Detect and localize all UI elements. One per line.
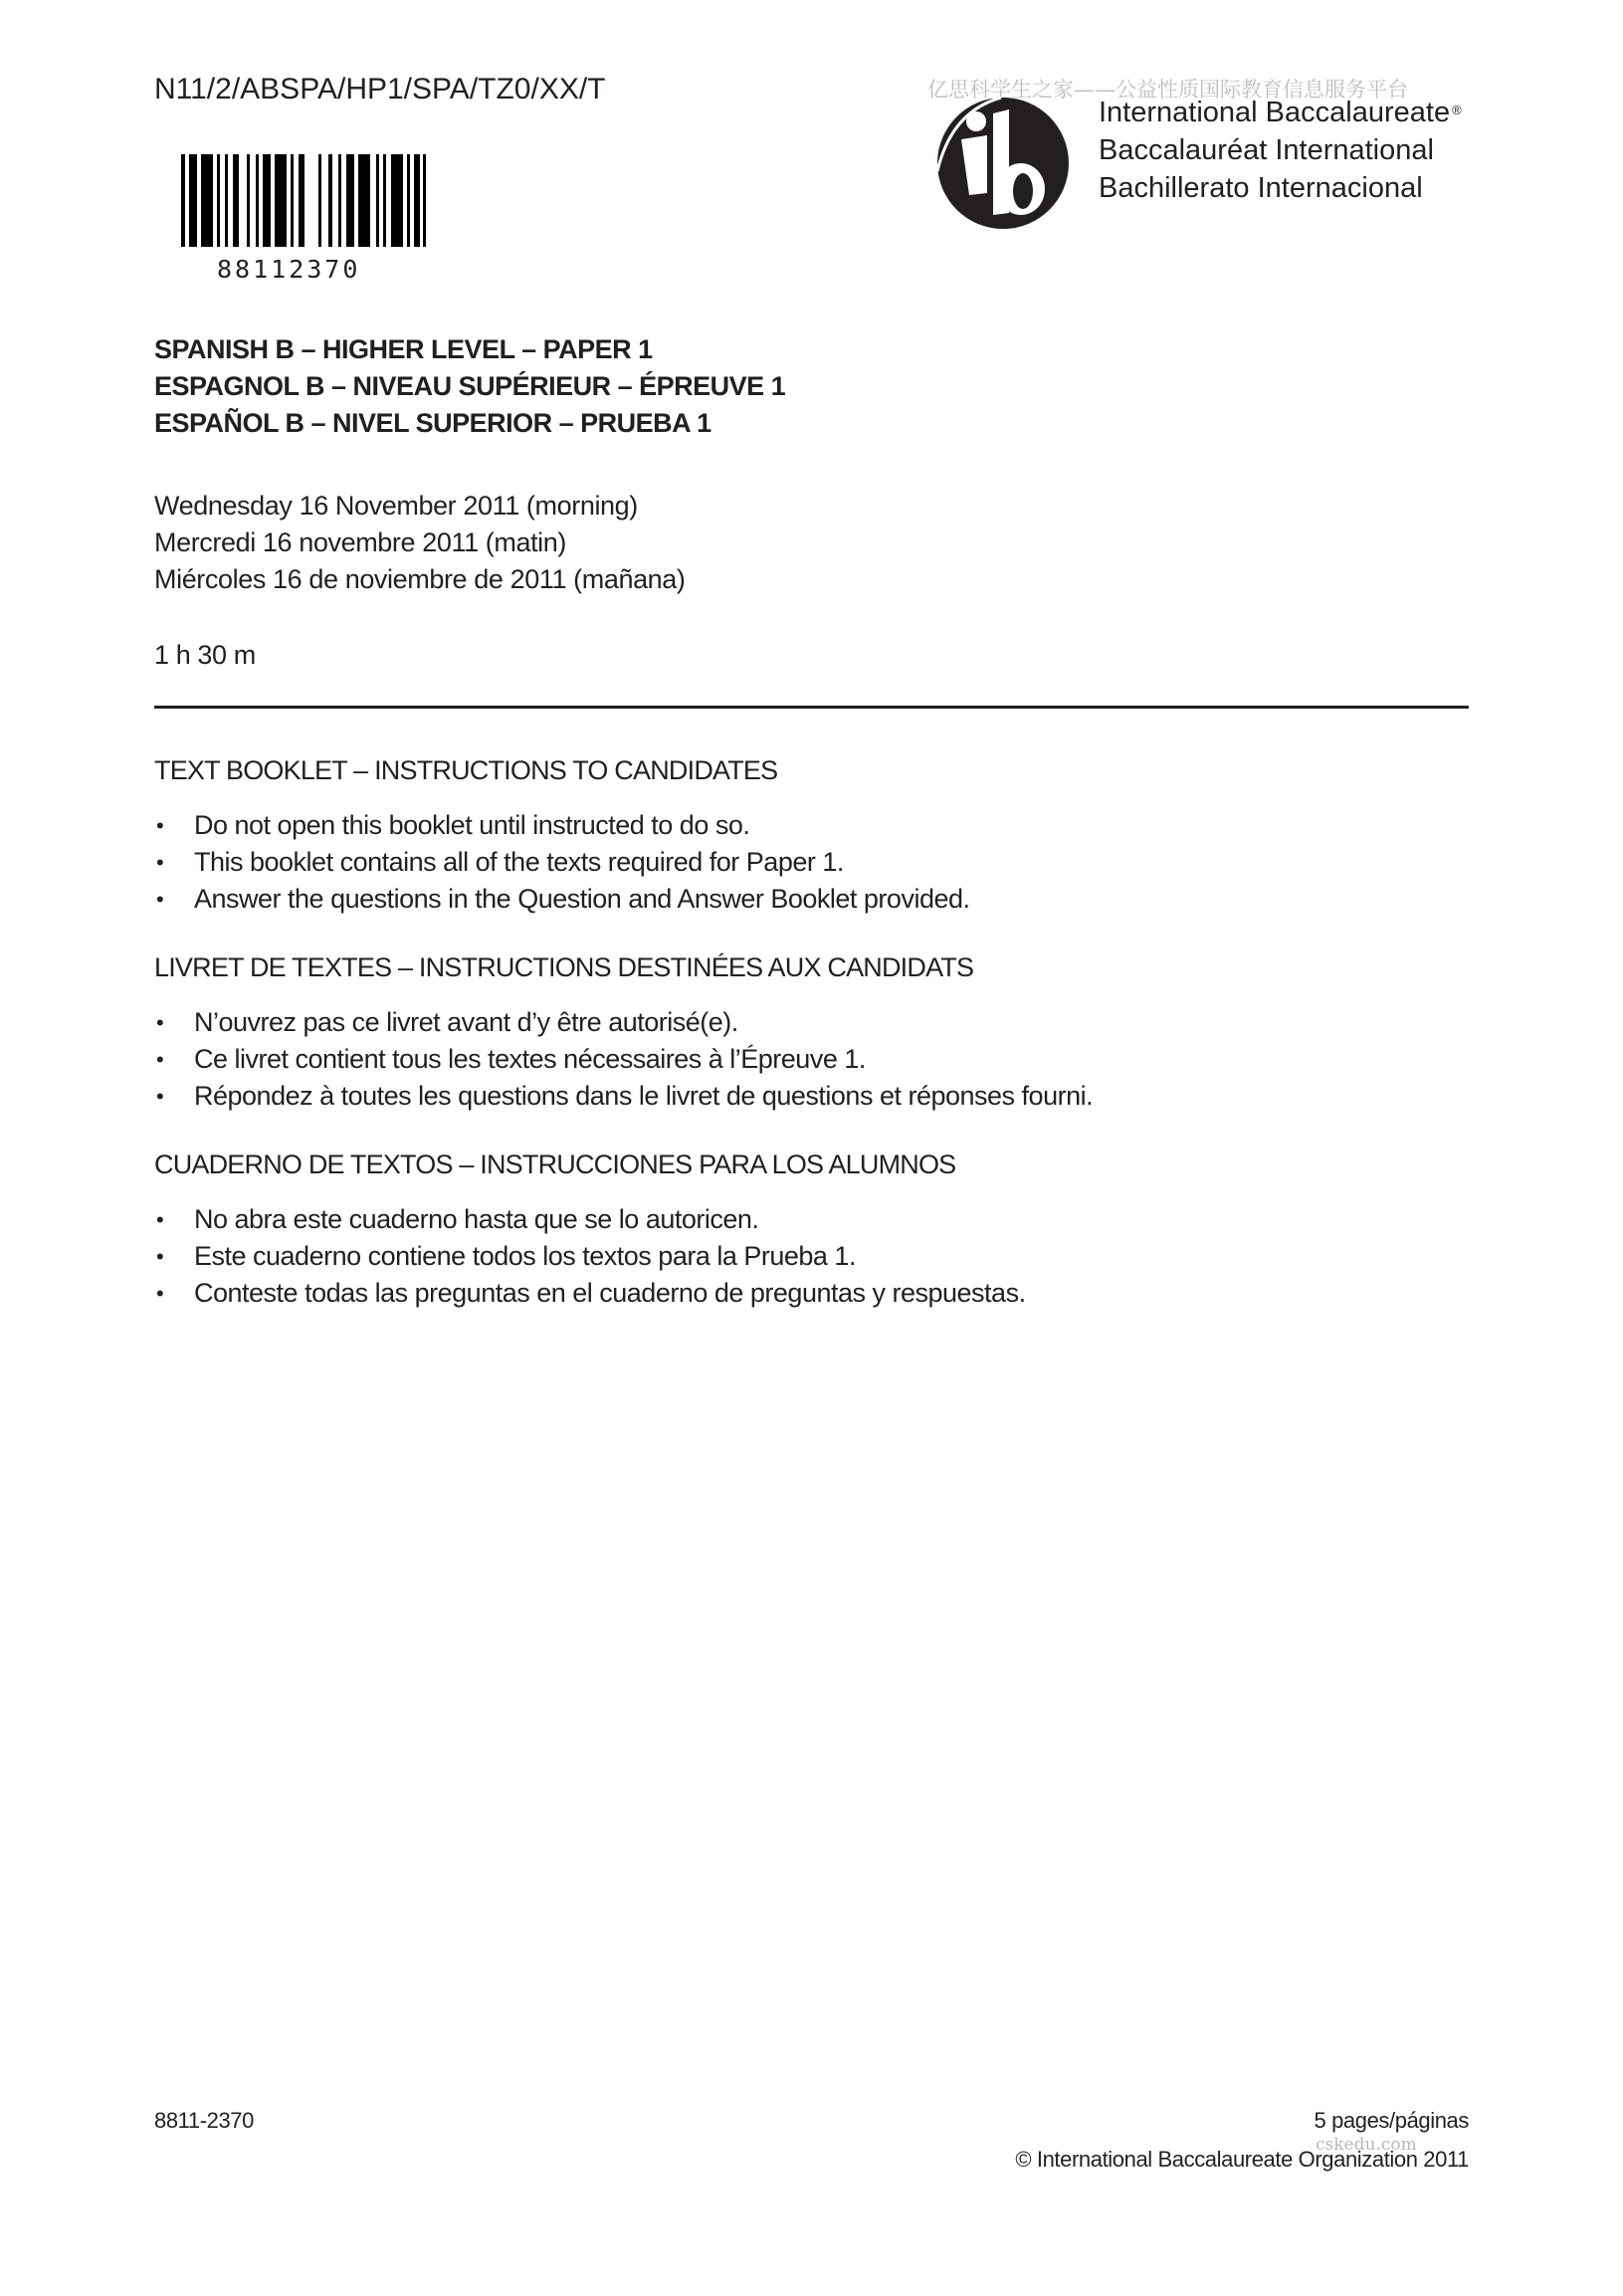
page-count: 5 pages/páginas [1315,2108,1469,2134]
bullet-icon: • [156,1275,163,1312]
title-es: ESPAÑOL B – NIVEL SUPERIOR – PRUEBA 1 [154,405,785,442]
list-item: •This booklet contains all of the texts … [154,844,1478,881]
bullet-icon: • [156,1078,163,1115]
bullet-icon: • [156,1201,163,1238]
exam-duration: 1 h 30 m [154,640,256,671]
exam-titles: SPANISH B – HIGHER LEVEL – PAPER 1 ESPAG… [154,331,785,442]
bullet-icon: • [156,844,163,881]
divider [154,706,1469,709]
section-heading: CUADERNO DE TEXTOS – INSTRUCCIONES PARA … [154,1148,1478,1181]
document-number: 8811-2370 [154,2108,254,2134]
barcode-number: 88112370 [217,255,360,284]
instruction-list: •Do not open this booklet until instruct… [154,807,1478,918]
title-en: SPANISH B – HIGHER LEVEL – PAPER 1 [154,331,785,368]
list-item: •No abra este cuaderno hasta que se lo a… [154,1201,1478,1238]
logo-line-en: International Baccalaureate® [1099,94,1462,131]
ib-logo-icon [931,92,1071,231]
ib-logo-text: International Baccalaureate® Baccalauréa… [1099,94,1462,207]
title-fr: ESPAGNOL B – NIVEAU SUPÉRIEUR – ÉPREUVE … [154,368,785,405]
copyright: © International Baccalaureate Organizati… [1015,2147,1469,2173]
barcode-icon [181,154,430,247]
logo-line-es: Bachillerato Internacional [1099,169,1462,207]
list-item: •Do not open this booklet until instruct… [154,807,1478,844]
registered-mark: ® [1452,103,1462,117]
logo-line-fr: Baccalauréat International [1099,131,1462,169]
list-item: •Answer the questions in the Question an… [154,881,1478,918]
instruction-list: •No abra este cuaderno hasta que se lo a… [154,1201,1478,1312]
instructions-french: LIVRET DE TEXTES – INSTRUCTIONS DESTINÉE… [154,950,1478,1115]
section-heading: LIVRET DE TEXTES – INSTRUCTIONS DESTINÉE… [154,950,1478,984]
section-heading: TEXT BOOKLET – INSTRUCTIONS TO CANDIDATE… [154,753,1478,787]
bullet-icon: • [156,881,163,918]
list-item: •N’ouvrez pas ce livret avant d’y être a… [154,1004,1478,1041]
instructions-english: TEXT BOOKLET – INSTRUCTIONS TO CANDIDATE… [154,753,1478,918]
list-item: •Ce livret contient tous les textes néce… [154,1041,1478,1078]
bullet-icon: • [156,1004,163,1041]
date-es: Miércoles 16 de noviembre de 2011 (mañan… [154,561,686,598]
bullet-icon: • [156,1238,163,1275]
date-fr: Mercredi 16 novembre 2011 (matin) [154,524,686,561]
paper-code: N11/2/ABSPA/HP1/SPA/TZ0/XX/T [154,73,606,106]
bullet-icon: • [156,1041,163,1078]
list-item: •Este cuaderno contiene todos los textos… [154,1238,1478,1275]
list-item: •Répondez à toutes les questions dans le… [154,1078,1478,1115]
list-item: •Conteste todas las preguntas en el cuad… [154,1275,1478,1312]
date-en: Wednesday 16 November 2011 (morning) [154,488,686,524]
exam-dates: Wednesday 16 November 2011 (morning) Mer… [154,488,686,598]
instructions-spanish: CUADERNO DE TEXTOS – INSTRUCCIONES PARA … [154,1148,1478,1312]
instruction-list: •N’ouvrez pas ce livret avant d’y être a… [154,1004,1478,1115]
bullet-icon: • [156,807,163,844]
